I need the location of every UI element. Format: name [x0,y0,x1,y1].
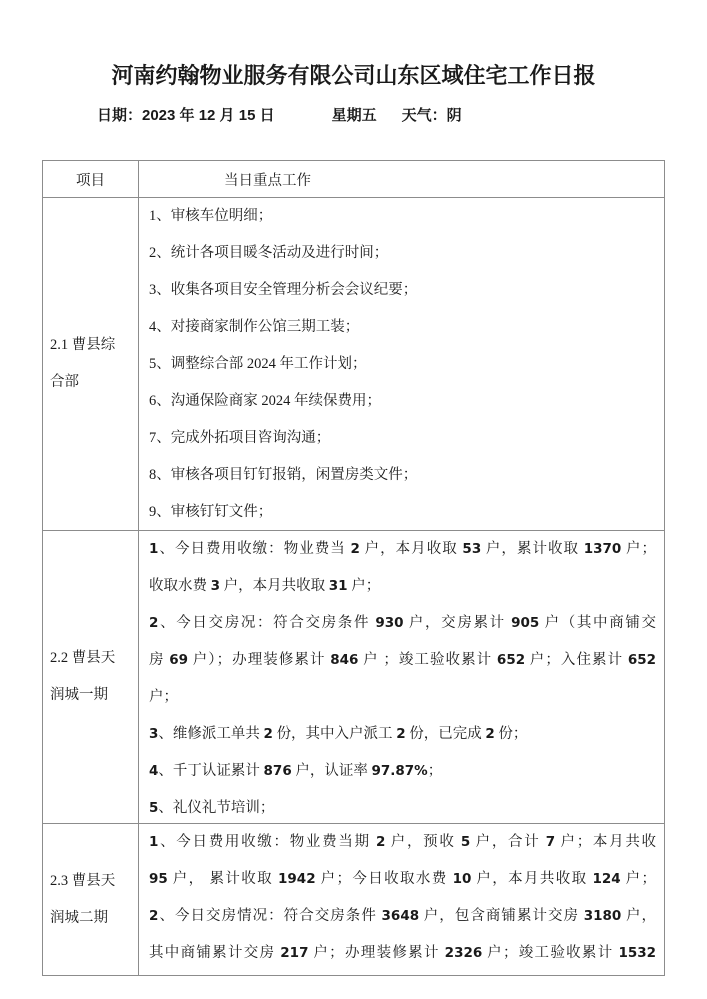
project-label-line-1: 2.3 曹县天 [50,863,136,900]
project-label-cell: 2.3 曹县天 润城二期 [43,824,139,976]
work-items-container: 1、今日费用收缴：物业费当 2 户，本月收取 53 户，累计收取 1370 户；… [139,531,664,822]
work-item-line: 7、完成外拓项目咨询沟通； [149,420,656,457]
work-item-line: 2、统计各项目暖冬活动及进行时间； [149,235,656,272]
table-row: 2.3 曹县天 润城二期 1、今日费用收缴：物业费当期 2 户，预收 5 户，合… [43,824,665,976]
work-item: 3、维修派工单共 2 份，其中入户派工 2 份，已完成 2 份； [149,716,656,753]
project-label-line-1: 2.2 曹县天 [50,640,136,677]
numeric-value: 846 [330,652,358,668]
project-label-line-2: 合部 [50,364,136,401]
numeric-value: 3 [149,726,158,742]
work-item-line: 2、今日交房况：符合交房条件 930 户，交房累计 905 户（其中商铺交 [149,605,656,642]
work-items-cell: 1、审核车位明细；2、统计各项目暖冬活动及进行时间；3、收集各项目安全管理分析会… [139,198,665,531]
numeric-value: 124 [592,871,620,887]
work-item-line: 4、对接商家制作公馆三期工装； [149,309,656,346]
numeric-value: 652 [628,652,656,668]
work-item-line: 5、礼仪礼节培训； [149,790,656,822]
work-item-line: 3、收集各项目安全管理分析会会议纪要； [149,272,656,309]
numeric-value: 2 [264,726,273,742]
report-table-body: 2.1 曹县综 合部 1、审核车位明细；2、统计各项目暖冬活动及进行时间；3、收… [43,198,665,976]
work-item-line: 95 户， 累计收取 1942 户；今日收取水费 10 户，本月共收取 124 … [149,861,656,898]
work-item-line: 6、沟通保险商家 2024 年续保费用； [149,383,656,420]
table-header-row: 项目 当日重点工作 [43,161,665,198]
column-header-project: 项目 [43,161,139,198]
work-item-line: 1、今日费用收缴：物业费当 2 户，本月收取 53 户，累计收取 1370 户； [149,531,656,568]
page-title: 河南约翰物业服务有限公司山东区域住宅工作日报 [0,61,707,91]
numeric-value: 69 [169,652,188,668]
work-items-container: 1、今日费用收缴：物业费当期 2 户，预收 5 户，合计 7 户；本月共收95 … [139,824,664,974]
work-item: 5、调整综合部 2024 年工作计划； [149,346,656,383]
work-item-line: 9、审核钉钉文件； [149,494,656,529]
project-label-line-2: 润城二期 [50,900,136,937]
weather-text: 天气：阴 [402,105,462,127]
work-item-line: 3、维修派工单共 2 份，其中入户派工 2 份，已完成 2 份； [149,716,656,753]
work-item: 1、审核车位明细； [149,198,656,235]
work-items-cell: 1、今日费用收缴：物业费当 2 户，本月收取 53 户，累计收取 1370 户；… [139,531,665,824]
work-item: 2、今日交房况：符合交房条件 930 户，交房累计 905 户（其中商铺交房 6… [149,605,656,716]
numeric-value: 1942 [278,871,316,887]
numeric-value: 2 [351,541,360,557]
numeric-value: 97.87% [371,763,427,779]
numeric-value: 2 [485,726,494,742]
date-text: 日期：2023 年 12 月 15 日 [97,105,275,127]
date-line: 日期：2023 年 12 月 15 日 星期五 天气：阴 [97,105,462,127]
numeric-value: 3180 [584,908,622,924]
work-item-line: 4、千丁认证累计 876 户，认证率 97.87%； [149,753,656,790]
numeric-value: 31 [329,578,348,594]
project-label-cell: 2.2 曹县天 润城一期 [43,531,139,824]
work-item: 6、沟通保险商家 2024 年续保费用； [149,383,656,420]
work-item: 2、统计各项目暖冬活动及进行时间； [149,235,656,272]
numeric-value: 3648 [382,908,420,924]
work-item: 5、礼仪礼节培训； [149,790,656,822]
work-items-container: 1、审核车位明细；2、统计各项目暖冬活动及进行时间；3、收集各项目安全管理分析会… [139,198,664,529]
work-item-line: 其中商铺累计交房 217 户；办理装修累计 2326 户；竣工验收累计 1532 [149,935,656,972]
work-item: 4、对接商家制作公馆三期工装； [149,309,656,346]
numeric-value: 10 [453,871,472,887]
numeric-value: 53 [462,541,481,557]
work-item: 8、审核各项目钉钉报销，闲置房类文件； [149,457,656,494]
numeric-value: 4 [149,763,158,779]
project-label-line-2: 润城一期 [50,677,136,714]
numeric-value: 652 [497,652,525,668]
work-item-line: 户； [149,679,656,716]
work-item-line: 8、审核各项目钉钉报销，闲置房类文件； [149,457,656,494]
weekday-text: 星期五 [332,105,377,127]
work-item: 3、收集各项目安全管理分析会会议纪要； [149,272,656,309]
numeric-value: 217 [280,945,308,961]
numeric-value: 7 [546,834,555,850]
work-item-line: 收取水费 3 户，本月共收取 31 户； [149,568,656,605]
work-item: 4、千丁认证累计 876 户，认证率 97.87%； [149,753,656,790]
work-items-cell: 1、今日费用收缴：物业费当期 2 户，预收 5 户，合计 7 户；本月共收95 … [139,824,665,976]
numeric-value: 1532 [618,945,656,961]
work-item-line: 1、今日费用收缴：物业费当期 2 户，预收 5 户，合计 7 户；本月共收 [149,824,656,861]
numeric-value: 1 [149,541,158,557]
work-item-line: 1、审核车位明细； [149,198,656,235]
numeric-value: 2 [396,726,405,742]
work-item: 9、审核钉钉文件； [149,494,656,529]
work-item: 1、今日费用收缴：物业费当 2 户，本月收取 53 户，累计收取 1370 户；… [149,531,656,605]
numeric-value: 876 [264,763,292,779]
work-item: 1、今日费用收缴：物业费当期 2 户，预收 5 户，合计 7 户；本月共收95 … [149,824,656,898]
work-item-line: 房 69 户）；办理装修累计 846 户 ；竣工验收累计 652 户；入住累计 … [149,642,656,679]
column-header-work: 当日重点工作 [139,161,665,198]
numeric-value: 3 [211,578,220,594]
numeric-value: 2 [376,834,385,850]
work-item: 7、完成外拓项目咨询沟通； [149,420,656,457]
work-item-line: 2、今日交房情况：符合交房条件 3648 户，包含商铺累计交房 3180 户， [149,898,656,935]
numeric-value: 2326 [445,945,483,961]
numeric-value: 930 [375,615,403,631]
report-table: 项目 当日重点工作 2.1 曹县综 合部 1、审核车位明细；2、统计各项目暖冬活… [42,160,665,976]
table-row: 2.2 曹县天 润城一期 1、今日费用收缴：物业费当 2 户，本月收取 53 户… [43,531,665,824]
numeric-value: 905 [511,615,539,631]
numeric-value: 1 [149,834,158,850]
numeric-value: 2 [149,615,158,631]
numeric-value: 5 [149,800,158,816]
table-row: 2.1 曹县综 合部 1、审核车位明细；2、统计各项目暖冬活动及进行时间；3、收… [43,198,665,531]
work-item: 2、今日交房情况：符合交房条件 3648 户，包含商铺累计交房 3180 户，其… [149,898,656,972]
numeric-value: 95 [149,871,168,887]
numeric-value: 2 [149,908,158,924]
numeric-value: 5 [461,834,470,850]
project-label-line-1: 2.1 曹县综 [50,327,136,364]
project-label-cell: 2.1 曹县综 合部 [43,198,139,531]
numeric-value: 1370 [584,541,622,557]
work-item-line: 5、调整综合部 2024 年工作计划； [149,346,656,383]
